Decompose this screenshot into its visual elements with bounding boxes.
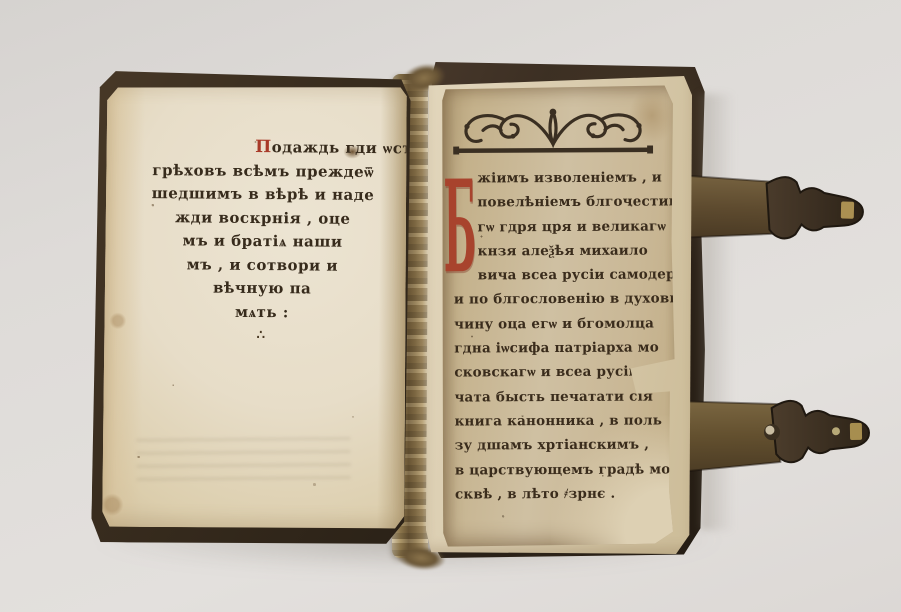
handwritten-line: вѣчную па [146,276,378,302]
strap-leather [683,176,774,240]
ink-showthrough [136,437,350,489]
end-flourish: ∴ [146,323,378,349]
printed-line: повелѣніемъ блгочестива [453,190,675,215]
printed-line: и по блгословенію в духовном [454,287,676,312]
printed-line: чину оца егѡ и бгомолца [454,311,676,336]
right-printed-page: Б жіимъ изволеніемъ , и повелѣніемъ блго… [441,85,681,546]
photograph: Подаждь гди ѡставленіе грѣховъ всѣмъ пре… [0,0,901,612]
left-manuscript-page: Подаждь гди ѡставленіе грѣховъ всѣмъ пре… [102,85,408,530]
headpiece-ornament [453,104,653,157]
handwritten-line: мѧть : [146,300,378,326]
handwritten-line: шедшимъ в вѣрѣ и наде [147,182,379,208]
printed-line: в царствующемъ градѣ мо [455,457,677,482]
handwritten-line: мъ , и сотвори и [146,253,378,279]
clasp-tip-highlight [841,201,854,218]
printed-line: жіимъ изволеніемъ , и [453,165,675,190]
printed-line: гдна іѡсифа патріарха мо [454,335,676,360]
printed-line: кнзя алеѯѣя михаило [454,238,676,263]
bottom-clasp [683,391,880,478]
handwritten-line: мъ и братіѧ наши [146,229,378,255]
printed-line: зу дшамъ хртіанскимъ , [455,433,677,458]
top-clasp [683,164,881,253]
printed-line: вича всеа русіи самодержца , [454,263,676,288]
printed-line: сквѣ , в лѣто ҂зрнє . [455,481,677,506]
handwritten-line: Подаждь гди ѡставленіе [147,135,379,161]
handwritten-text-block: Подаждь гди ѡставленіе грѣховъ всѣмъ пре… [146,135,380,349]
handwritten-line: жди воскрнія , оце [147,206,379,232]
printed-text-block: жіимъ изволеніемъ , и повелѣніемъ блгоче… [453,165,677,506]
printed-line: гѡ гдря цря и великагѡ [453,214,675,239]
clasp-tip-highlight [850,423,862,440]
handwritten-line: грѣховъ всѣмъ преждеѿ [147,159,379,185]
printed-line: книга канонника , в поль [454,408,676,433]
rubricated-initial: П [255,137,272,157]
